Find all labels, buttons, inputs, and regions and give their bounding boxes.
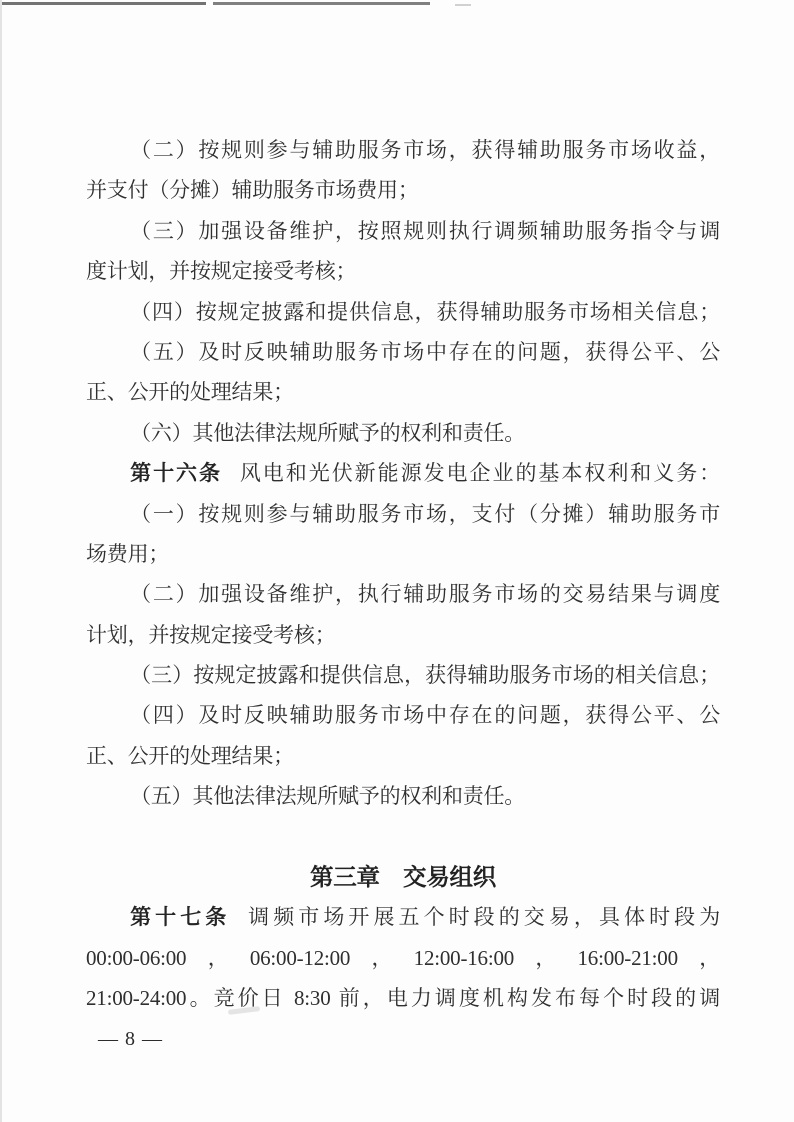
line-text: 调频市场开展五个时段的交易，具体时段为 bbox=[248, 905, 720, 929]
text-line: （四）按规定披露和提供信息，获得辅助服务市场相关信息； bbox=[86, 292, 720, 332]
blank-line bbox=[86, 817, 720, 857]
line-text: （三）按规定披露和提供信息，获得辅助服务市场的相关信息； bbox=[130, 663, 720, 687]
scan-artifact-top-line bbox=[213, 2, 430, 5]
line-text: （五）及时反映辅助服务市场中存在的问题，获得公平、公 bbox=[130, 340, 720, 364]
line-text: （二）加强设备维护，执行辅助服务市场的交易结果与调度 bbox=[130, 582, 720, 606]
text-line: 00:00-06:00，06:00-12:00，12:00-16:00，16:0… bbox=[86, 938, 720, 978]
text-line: （三）按规定披露和提供信息，获得辅助服务市场的相关信息； bbox=[86, 655, 720, 695]
line-text: 并支付（分摊）辅助服务市场费用； bbox=[86, 178, 419, 202]
text-line: 第十七条调频市场开展五个时段的交易，具体时段为 bbox=[86, 897, 720, 937]
line-text: 正、公开的处理结果； bbox=[86, 744, 294, 768]
line-text: 00:00-06:00，06:00-12:00，12:00-16:00，16:0… bbox=[86, 946, 720, 970]
text-line: 21:00-24:00。竞价日 8:30 前，电力调度机构发布每个时段的调 bbox=[86, 978, 720, 1018]
line-text: （五）其他法律法规所赋予的权利和责任。 bbox=[130, 784, 525, 808]
text-line: （一）按规则参与辅助服务市场，支付（分摊）辅助服务市 bbox=[86, 494, 720, 534]
page-number: — 8 — bbox=[98, 1019, 163, 1059]
line-text: （一）按规则参与辅助服务市场，支付（分摊）辅助服务市 bbox=[130, 502, 720, 526]
chapter-heading: 第三章 交易组织 bbox=[86, 857, 720, 897]
scan-artifact-top-line bbox=[0, 2, 206, 5]
text-line: 计划，并按规定接受考核； bbox=[86, 615, 720, 655]
text-line: 正、公开的处理结果； bbox=[86, 736, 720, 776]
text-line: 第十六条风电和光伏新能源发电企业的基本权利和义务： bbox=[86, 453, 720, 493]
line-text: （三）加强设备维护，按照规则执行调频辅助服务指令与调 bbox=[130, 219, 720, 243]
text-line: （二）按规则参与辅助服务市场，获得辅助服务市场收益， bbox=[86, 130, 720, 170]
text-line: （五）其他法律法规所赋予的权利和责任。 bbox=[86, 776, 720, 816]
line-text: （四）及时反映辅助服务市场中存在的问题，获得公平、公 bbox=[130, 703, 720, 727]
article-number-bold: 第十六条 bbox=[130, 462, 222, 485]
text-column: （二）按规则参与辅助服务市场，获得辅助服务市场收益，并支付（分摊）辅助服务市场费… bbox=[86, 130, 720, 1019]
line-text: 计划，并按规定接受考核； bbox=[86, 623, 335, 647]
text-line: 正、公开的处理结果； bbox=[86, 372, 720, 412]
line-text: 第三章 交易组织 bbox=[310, 864, 496, 890]
text-line: 度计划，并按规定接受考核； bbox=[86, 251, 720, 291]
text-line: 并支付（分摊）辅助服务市场费用； bbox=[86, 170, 720, 210]
scan-artifact-top-mark bbox=[455, 4, 471, 6]
text-line: 场费用； bbox=[86, 534, 720, 574]
article-number-bold: 第十七条 bbox=[130, 906, 230, 929]
line-text: 度计划，并按规定接受考核； bbox=[86, 259, 356, 283]
line-text: 风电和光伏新能源发电企业的基本权利和义务： bbox=[240, 461, 720, 485]
line-text: （六）其他法律法规所赋予的权利和责任。 bbox=[130, 421, 525, 445]
text-line: （四）及时反映辅助服务市场中存在的问题，获得公平、公 bbox=[86, 695, 720, 735]
text-line: （三）加强设备维护，按照规则执行调频辅助服务指令与调 bbox=[86, 211, 720, 251]
line-text: 21:00-24:00。竞价日 8:30 前，电力调度机构发布每个时段的调 bbox=[86, 986, 720, 1010]
document-page: （二）按规则参与辅助服务市场，获得辅助服务市场收益，并支付（分摊）辅助服务市场费… bbox=[0, 0, 794, 1122]
line-text: 场费用； bbox=[86, 542, 169, 566]
text-line: （二）加强设备维护，执行辅助服务市场的交易结果与调度 bbox=[86, 574, 720, 614]
line-text: （四）按规定披露和提供信息，获得辅助服务市场相关信息； bbox=[130, 300, 720, 324]
text-line: （六）其他法律法规所赋予的权利和责任。 bbox=[86, 413, 720, 453]
line-text: （二）按规则参与辅助服务市场，获得辅助服务市场收益， bbox=[130, 138, 720, 162]
text-line: （五）及时反映辅助服务市场中存在的问题，获得公平、公 bbox=[86, 332, 720, 372]
scan-artifact-left-edge bbox=[0, 0, 2, 1122]
line-text: 正、公开的处理结果； bbox=[86, 380, 294, 404]
